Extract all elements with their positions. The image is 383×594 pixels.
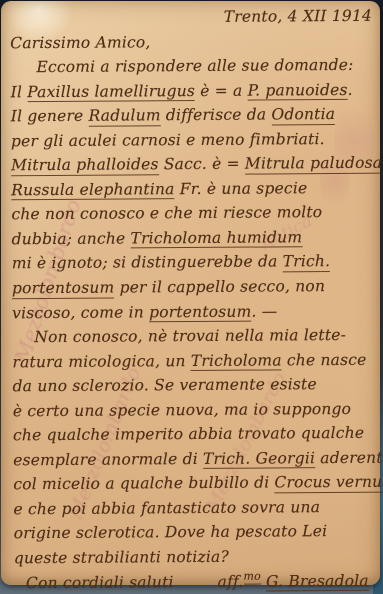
letter-line: che qualche imperito abbia trovato qualc… <box>11 421 375 448</box>
letter-line: mi è ignoto; si distinguerebbe da Trich. <box>10 249 374 276</box>
letter-text-segment: è = a <box>195 81 248 99</box>
letter-text-segment: da uno sclerozio. Se veramente esiste <box>13 375 317 395</box>
letter-text-segment: Trich. <box>283 253 331 273</box>
letter-line: viscoso, come in portentosum. — <box>10 298 374 325</box>
letter-text-segment: Mitrula paludosa <box>245 154 382 174</box>
letter-text-segment: che nasce <box>282 350 367 369</box>
letter-text-segment: portentosum <box>149 302 252 322</box>
letter-text-segment: queste strabilianti notizia? <box>14 548 229 568</box>
letter-text-segment: esemplare anormale di <box>13 450 203 469</box>
letter-text-segment: portentosum <box>12 279 115 299</box>
letter-text-segment: Sacc. è = <box>159 155 245 174</box>
letter-body: Trento, 4 XII 1914Carissimo Amico,Eccomi… <box>8 4 376 585</box>
letter-line: Mitrula phalloides Sacc. è = Mitrula pal… <box>9 151 373 178</box>
letter-line: da uno sclerozio. Se veramente esiste <box>11 372 375 399</box>
letter-text-segment: aff. <box>218 572 244 590</box>
letter-text-segment: per gli aculei carnosi e meno fimbriati. <box>11 130 325 150</box>
letter-text-segment: P. panuoides <box>247 81 347 101</box>
letter-line: per gli aculei carnosi e meno fimbriati. <box>9 126 373 153</box>
letter-text-segment: per il cappello secco, non <box>114 277 325 296</box>
letter-text-segment: mi è ignoto; si distinguerebbe da <box>12 253 283 273</box>
letter-text-segment: Mitrula phalloides <box>11 156 159 177</box>
letter-text-segment: viscoso, come in <box>12 303 149 322</box>
letter-text-segment: Con cordiali saluti <box>26 573 174 592</box>
letter-text-segment: differisce da <box>161 106 272 125</box>
letter-text-segment: è certo una specie nuova, ma io suppongo <box>13 400 351 420</box>
letter-line: e che poi abbia fantasticato sovra una <box>11 495 375 522</box>
letter-text-segment: Carissimo Amico, <box>10 33 150 52</box>
letter-text-segment: Trich. Georgii <box>203 449 315 469</box>
letter-line: Il genere Radulum differisce da Odontia <box>9 102 373 129</box>
letter-line: che non conosco e che mi riesce molto <box>9 200 373 227</box>
letter-line: Russula elephantina Fr. è una specie <box>9 176 373 203</box>
letter-text-segment: aderente <box>315 448 383 467</box>
letter-text-segment: mo <box>243 570 261 585</box>
letter-text-segment: Eccomi a rispondere alle sue domande: <box>36 56 353 76</box>
letter-text-segment: Il genere <box>11 107 89 126</box>
letter-line: portentosum per il cappello secco, non <box>10 274 374 301</box>
letter-text-segment: col micelio a qualche bulbillo di <box>13 474 274 494</box>
letter-text-segment: Tricholoma <box>191 351 282 371</box>
letter-text-segment: che non conosco e che mi riesce molto <box>11 203 322 223</box>
letter-line: origine sclerotica. Dove ha pescato Lei <box>12 519 376 546</box>
letter-text-segment: che qualche imperito abbia trovato qualc… <box>13 424 364 444</box>
letter-text-segment: Il <box>11 83 28 101</box>
letter-line: Trento, 4 XII 1914 <box>8 4 372 31</box>
letter-text-segment: Paxillus lamellirugus <box>27 82 195 103</box>
postcard-paper: Mezzolombardo Mezzolombardo Mezzolombard… <box>1 1 380 585</box>
scanned-postcard-scene: Mezzolombardo Mezzolombardo Mezzolombard… <box>0 0 383 594</box>
letter-text-segment: ratura micologica, un <box>12 352 190 371</box>
letter-text-segment: . — <box>251 302 277 320</box>
letter-text-segment: G. Bresadola <box>266 571 369 591</box>
letter-text-segment: dubbia; anche <box>12 229 131 248</box>
letter-line: è certo una specie nuova, ma io suppongo <box>11 396 375 423</box>
letter-line: ratura micologica, un Tricholoma che nas… <box>10 347 374 374</box>
letter-text-segment: Russula elephantina <box>11 180 174 201</box>
letter-line: Con cordiali salutiaff.mo G. Bresadola <box>12 568 376 594</box>
letter-line: queste strabilianti notizia? <box>12 544 376 571</box>
letter-line: dubbia; anche Tricholoma humidum <box>10 225 374 252</box>
letter-line: esemplare anormale di Trich. Georgii ade… <box>11 446 375 473</box>
letter-text-segment: e che poi abbia fantasticato sovra una <box>13 498 320 518</box>
letter-line: Non conosco, nè trovai nella mia lette- <box>10 323 374 350</box>
letter-line: col micelio a qualche bulbillo di Crocus… <box>11 470 375 497</box>
letter-text-segment: Radulum <box>88 106 160 126</box>
letter-text-segment: origine sclerotica. Dove ha pescato Lei <box>14 523 328 543</box>
letter-text-segment: Non conosco, nè trovai nella mia lette- <box>34 326 346 346</box>
letter-text-segment: Trento, 4 XII 1914 <box>224 7 372 26</box>
letter-line: Il Paxillus lamellirugus è = a P. panuoi… <box>9 77 373 104</box>
letter-text-segment: Fr. è una specie <box>175 179 308 198</box>
letter-text-segment: Tricholoma humidum <box>130 228 302 249</box>
letter-text-segment: . <box>347 81 352 99</box>
letter-line: Eccomi a rispondere alle sue domande: <box>8 53 372 80</box>
letter-text-segment: Odontia <box>271 105 335 125</box>
letter-line: Carissimo Amico, <box>8 28 372 55</box>
letter-text-segment: Crocus vernus <box>274 473 383 493</box>
